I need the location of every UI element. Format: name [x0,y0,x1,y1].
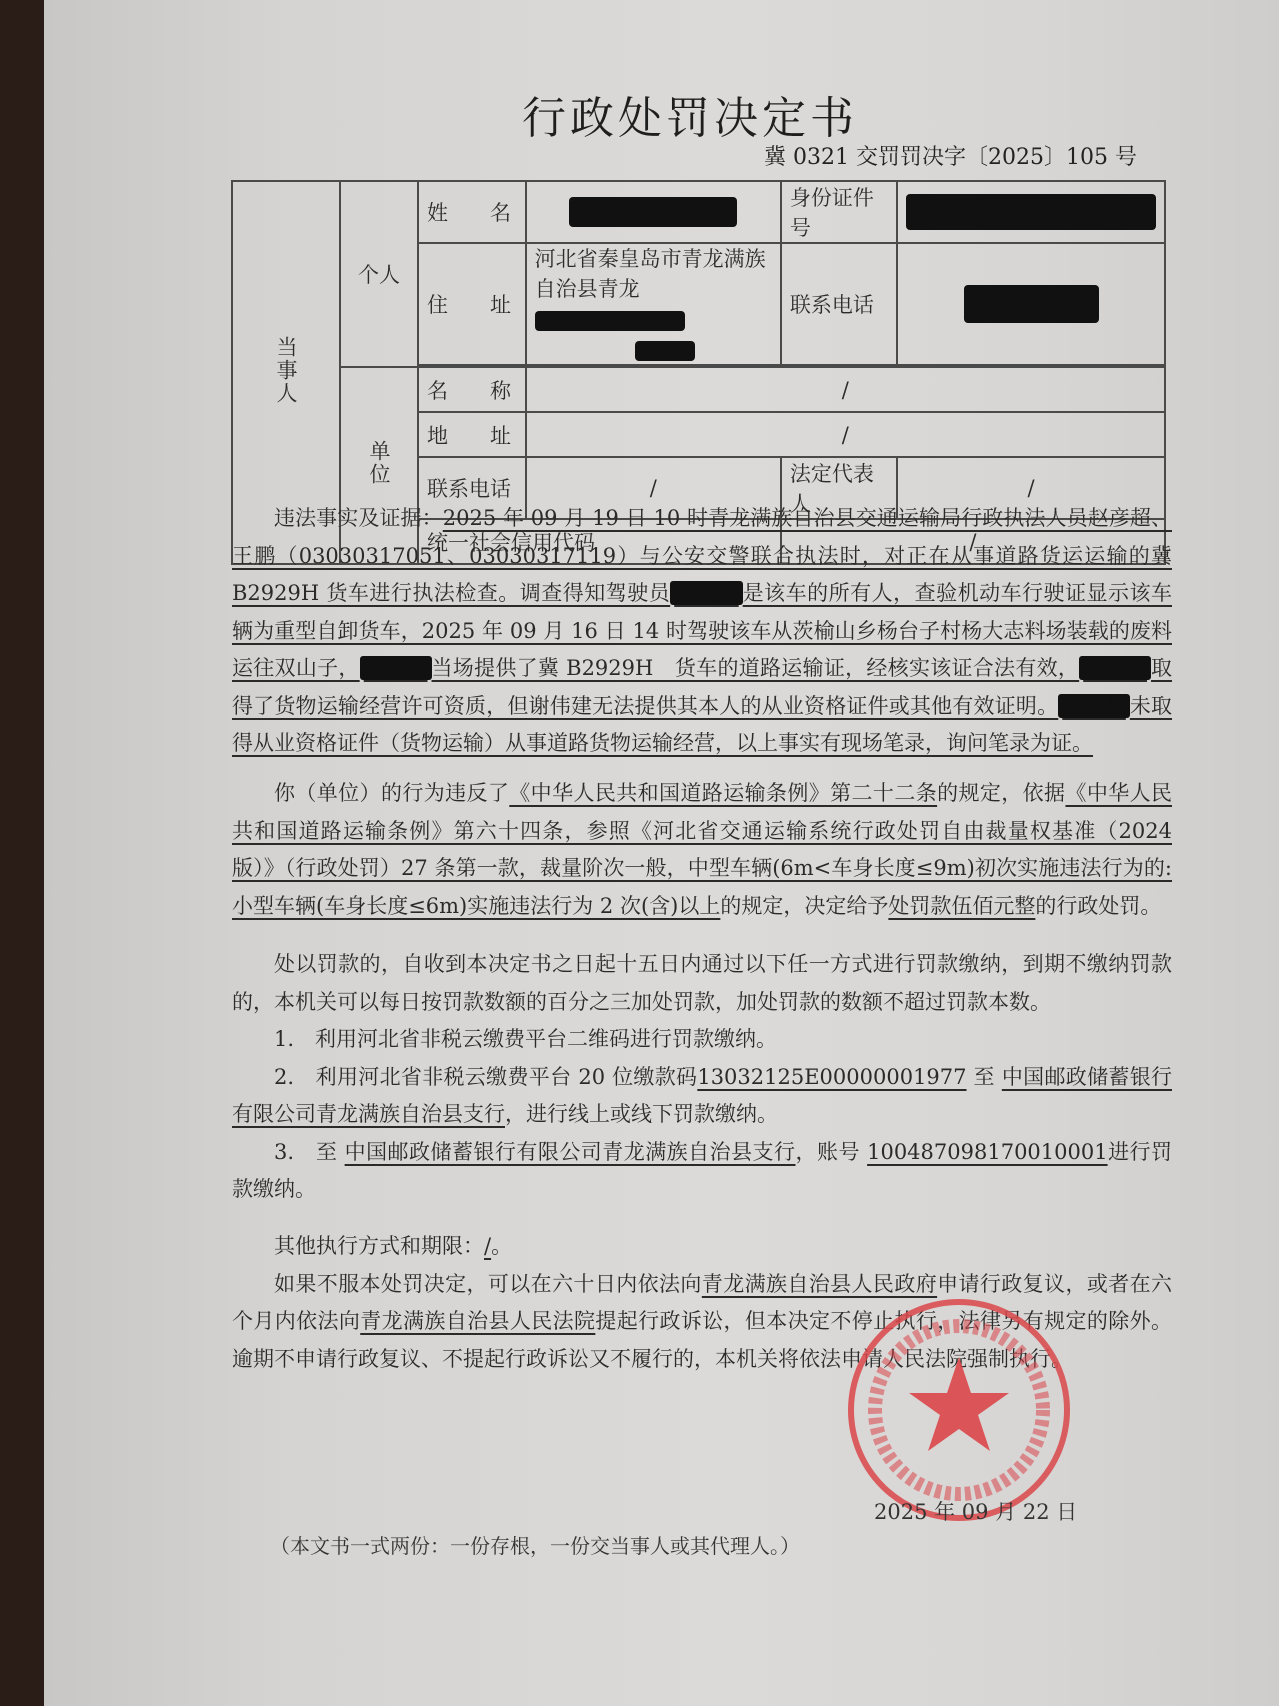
redaction-bar [635,341,695,361]
payment-option-1: 1. 利用河北省非税云缴费平台二维码进行罚款缴纳。 [232,1021,1172,1059]
facts-section: 违法事实及证据：2025 年 09 月 19 日 10 时青龙满族自治县交通运输… [232,500,1172,763]
id-label: 身份证件号 [781,181,897,243]
payment-option-2: 2. 利用河北省非税云缴费平台 20 位缴款码13032125E00000001… [232,1059,1172,1134]
official-seal-icon [844,1295,1074,1525]
document-number: 冀 0321 交罚罚决字〔2025〕105 号 [764,140,1137,171]
payment-section: 处以罚款的，自收到本决定书之日起十五日内通过以下任一方式进行罚款缴纳，到期不缴纳… [232,946,1172,1209]
facts-label: 违法事实及证据： [274,506,443,530]
address-value: 河北省秦皇岛市青龙满族 自治县青龙 [526,243,781,365]
payment-bank-2: 中国邮政储蓄银行有限公司青龙满族自治县支行 [345,1140,796,1164]
unit-address-label: 地 址 [418,412,526,457]
phone-value [897,243,1165,365]
payment-intro: 处以罚款的，自收到本决定书之日起十五日内通过以下任一方式进行罚款缴纳，到期不缴纳… [232,946,1172,1021]
document-title: 行政处罚决定书 [522,82,858,146]
name-value [526,181,781,243]
account-number: 100487098170010001 [867,1140,1108,1164]
document-page: 行政处罚决定书 冀 0321 交罚罚决字〔2025〕105 号 当事人 个人 姓… [44,0,1279,1706]
redaction-bar: 某某某 [360,656,432,680]
individual-label: 个人 [340,181,418,367]
violated-law: 《中华人民共和国道路运输条例》第二十二条 [509,781,937,805]
payment-option-3: 3. 至 中国邮政储蓄银行有限公司青龙满族自治县支行，账号 1004870981… [232,1134,1172,1209]
redaction-bar [964,285,1099,323]
footnote: （本文书一式两份：一份存根，一份交当事人或其代理人。） [270,1530,800,1559]
penalty-amount: 处罚款伍佰元整 [888,894,1035,918]
redaction-bar: 某某某 [1079,656,1151,680]
redaction-bar: 某某某 [1058,694,1130,718]
redaction-bar [569,197,737,227]
review-authority: 青龙满族自治县人民政府 [702,1272,937,1296]
redaction-bar: 某某某 [670,581,742,605]
court-name: 青龙满族自治县人民法院 [360,1309,595,1333]
redaction-bar [535,311,685,331]
address-label: 住 址 [418,243,526,365]
payment-code: 13032125E00000001977 [697,1065,966,1089]
unit-name-label: 名 称 [418,367,526,412]
phone-label: 联系电话 [781,243,897,365]
id-value [897,181,1165,243]
name-label: 姓 名 [418,181,526,243]
redaction-bar [906,194,1156,230]
unit-name-value: / [526,367,1165,412]
violation-section: 你（单位）的行为违反了《中华人民共和国道路运输条例》第二十二条的规定，依据《中华… [232,775,1172,925]
unit-address-value: / [526,412,1165,457]
signature-date: 2025 年 09 月 22 日 [874,1496,1077,1526]
